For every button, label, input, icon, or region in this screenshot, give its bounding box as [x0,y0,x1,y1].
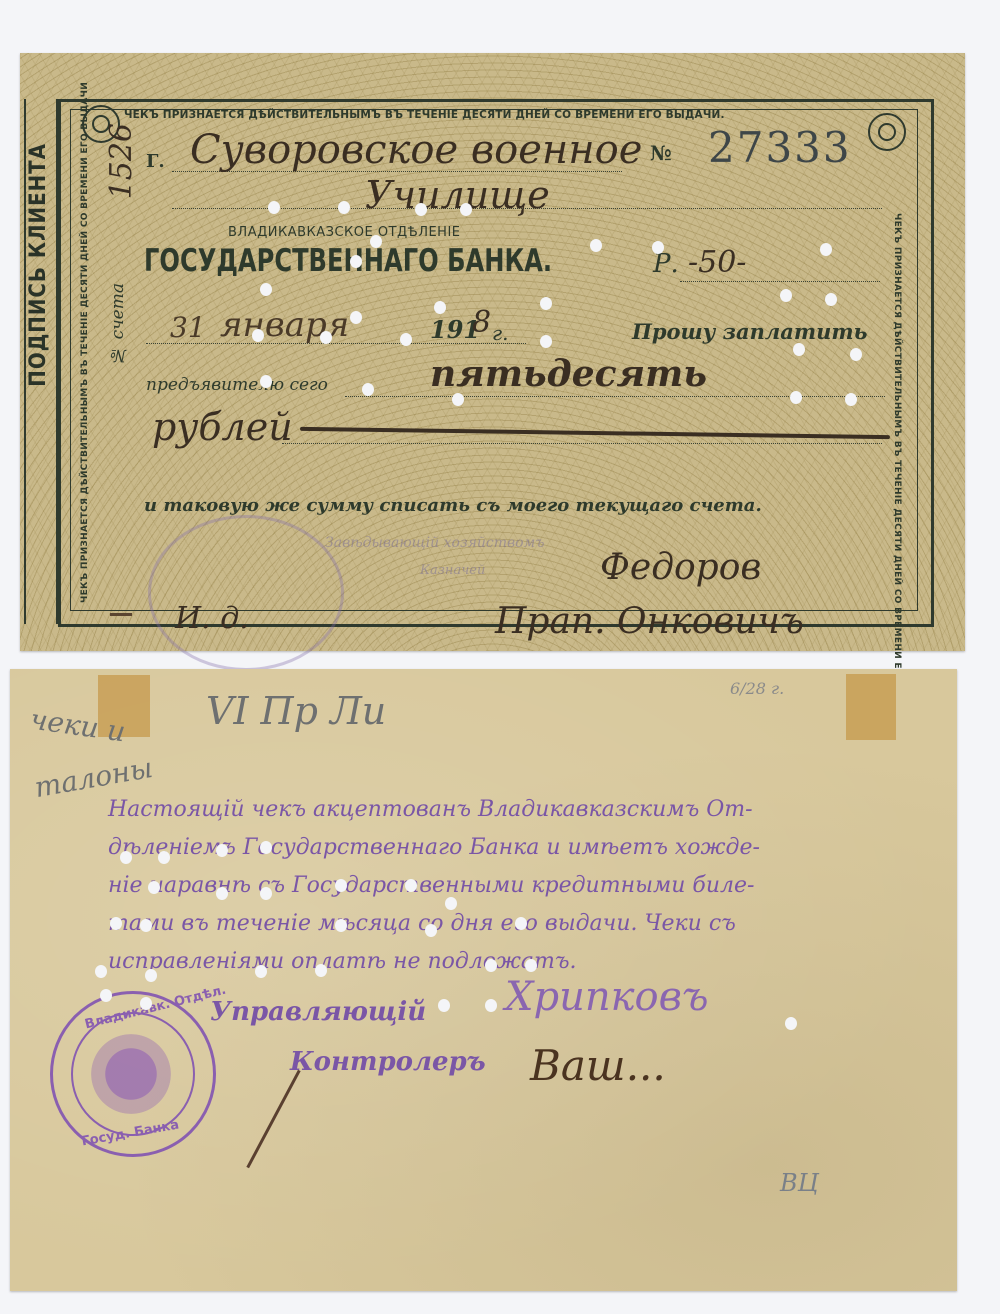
acceptance-line-5: исправленіями оплатѣ не подлежатъ. [108,949,577,974]
branch-name: ВЛАДИКАВКАЗСКОЕ ОТДѢЛЕНІЕ [228,225,461,240]
acceptance-line-3: ніе наравнѣ съ Государственными кредитны… [108,873,754,898]
cheque-number: 27333 [708,123,852,172]
date-year-handwritten: 8 [472,305,491,340]
validity-notice-top: ЧЕКЪ ПРИЗНАЕТСЯ ДѢЙСТВИТЕЛЬНЫМЪ ВЪ ТЕЧЕН… [124,109,725,121]
acceptance-line-4: тами въ теченіе мѣсяца со дня его выдачи… [108,911,736,936]
number-label: № [650,141,672,165]
rosette-ornament-icon [868,113,906,151]
controller-signature: Ваш... [530,1041,666,1090]
cheque-back: чеки и талоны VI Пр Ли 6/28 г. Настоящій… [10,669,957,1291]
signature-2: Прап. Онковичъ [495,601,804,642]
validity-notice-right: ЧЕКЪ ПРИЗНАЕТСЯ ДѢЙСТВИТЕЛЬНЫМЪ ВЪ ТЕЧЕН… [892,213,902,603]
rubles-label: рублей [152,405,293,449]
counterfoil-vertical-text: ПОДПИСЬ КЛИЕНТА [26,143,51,387]
faint-stamp [148,515,344,671]
manager-signature: Хрипковъ [505,974,709,1020]
payee-line-2: Училище [365,173,550,217]
city-label: Г. [146,151,165,172]
faint-stamp-text: Завѣдывающій хозяйствомъ [325,535,545,551]
bank-name: ГОСУДАРСТВЕННАГО БАНКА. [144,243,552,279]
year-label: г. [492,321,508,345]
double-headed-eagle-icon [91,1034,171,1114]
manager-label: Управляющій [210,997,426,1027]
bearer-label: предъявителю сего [146,375,328,395]
cheque-front: ПОДПИСЬ КЛИЕНТА ЧЕКЪ ПРИЗНАЕТСЯ ДѢЙСТВИТ… [20,53,965,651]
amount-figure: -50- [688,245,746,280]
acceptance-line-2: дѣленіемъ Государственнаго Банка и имѣет… [108,835,760,860]
signature-1: Федоров [600,547,761,588]
debit-instruction: и таковую же сумму списать съ моего теку… [144,495,762,516]
tape-right [846,674,896,740]
please-pay-label: Прошу заплатить [632,319,867,344]
date-day: 31 [170,311,206,344]
official-seal: Владикавк. Отдѣл. Госуд. Банка [50,991,216,1157]
pencil-corner-note: 6/28 г. [730,679,784,698]
account-label: № счета [108,283,128,365]
signature-prefix: И. д. [175,601,249,636]
account-number: 1526 [104,123,139,199]
acceptance-line-1: Настоящій чекъ акцептованъ Владикавказск… [108,797,753,822]
validity-notice-left: ЧЕКЪ ПРИЗНАЕТСЯ ДѢЙСТВИТЕЛЬНЫМЪ ВЪ ТЕЧЕН… [80,163,90,603]
amount-in-words: пятьдесять [430,353,707,395]
pencil-initials: VI Пр Ли [206,689,386,733]
controller-label: Контролеръ [290,1047,486,1077]
pencil-bottom-mark: ВЦ [780,1169,819,1197]
faint-stamp-text-2: Казначей [420,563,485,578]
payee-line-1: Суворовское военное [190,127,642,173]
